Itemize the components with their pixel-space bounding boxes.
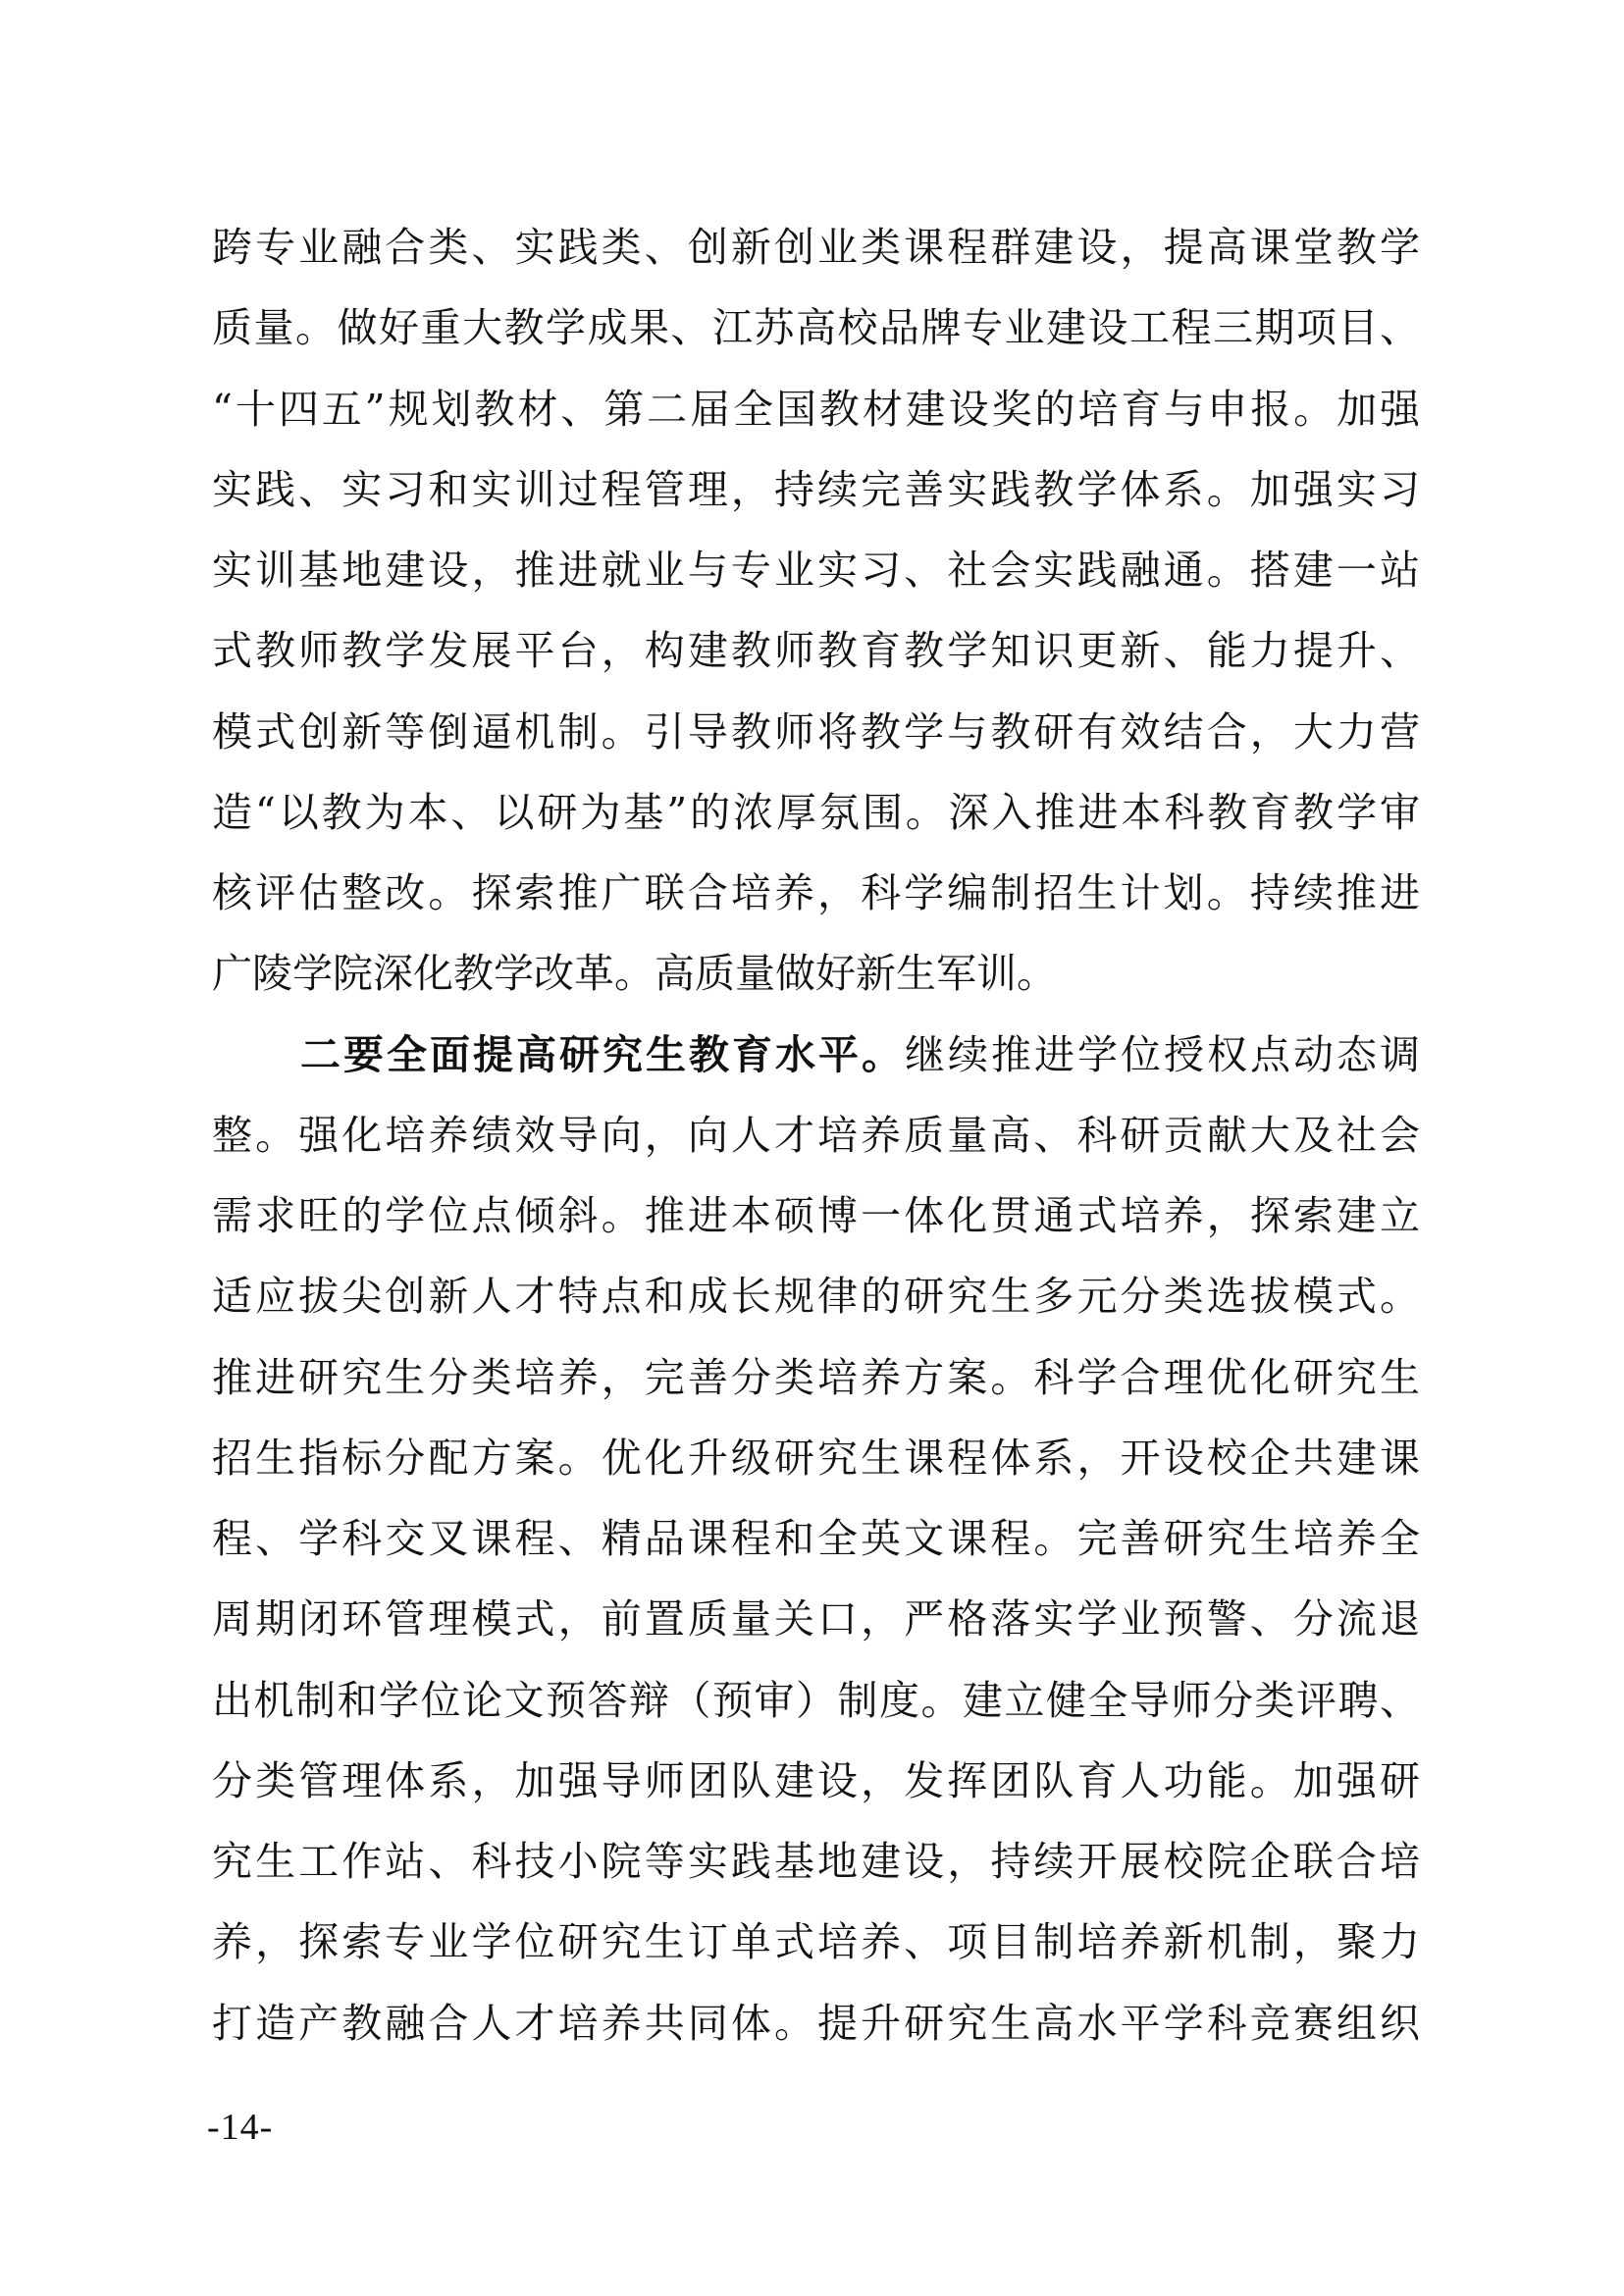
page-number: -14- (207, 2106, 273, 2149)
paragraph-lead-heading: 二要全面提高研究生教育水平。 (300, 1031, 905, 1078)
paragraph-graduate-education: 二要全面提高研究生教育水平。继续推进学位授权点动态调 整。强化培养绩效导向，向人… (212, 1015, 1420, 2063)
text-line: 究生工作站、科技小院等实践基地建设，持续开展校院企联合培 (212, 1821, 1420, 1902)
text-line: 分类管理体系，加强导师团队建设，发挥团队育人功能。加强研 (212, 1741, 1420, 1821)
body-text: 跨专业融合类、实践类、创新创业类课程群建设，提高课堂教学 质量。做好重大教学成果… (212, 207, 1420, 2063)
paragraph-undergraduate-teaching: 跨专业融合类、实践类、创新创业类课程群建设，提高课堂教学 质量。做好重大教学成果… (212, 207, 1420, 1015)
text-line: 打造产教融合人才培养共同体。提升研究生高水平学科竞赛组织 (212, 1983, 1420, 2063)
text-line: 造“以教为本、以研为基”的浓厚氛围。深入推进本科教育教学审 (212, 772, 1420, 853)
text-line: “十四五”规划教材、第二届全国教材建设奖的培育与申报。加强 (212, 369, 1420, 449)
text-line: 适应拔尖创新人才特点和成长规律的研究生多元分类选拔模式。 (212, 1256, 1420, 1336)
text-line: 实训基地建设，推进就业与专业实习、社会实践融通。搭建一站 (212, 530, 1420, 610)
text-line: 推进研究生分类培养，完善分类培养方案。科学合理优化研究生 (212, 1337, 1420, 1418)
text-line: 周期闭环管理模式，前置质量关口，严格落实学业预警、分流退 (212, 1579, 1420, 1659)
text-line-rest: 继续推进学位授权点动态调 (905, 1031, 1420, 1078)
text-line-first: 二要全面提高研究生教育水平。继续推进学位授权点动态调 (212, 1015, 1420, 1095)
text-line: 出机制和学位论文预答辩（预审）制度。建立健全导师分类评聘、 (212, 1660, 1420, 1741)
text-line: 式教师教学发展平台，构建教师教育教学知识更新、能力提升、 (212, 610, 1420, 691)
text-line: 模式创新等倒逼机制。引导教师将教学与教研有效结合，大力营 (212, 692, 1420, 772)
text-line: 需求旺的学位点倾斜。推进本硕博一体化贯通式培养，探索建立 (212, 1175, 1420, 1256)
text-line: 质量。做好重大教学成果、江苏高校品牌专业建设工程三期项目、 (212, 287, 1420, 368)
text-line: 养，探索专业学位研究生订单式培养、项目制培养新机制，聚力 (212, 1902, 1420, 1982)
document-page: 跨专业融合类、实践类、创新创业类课程群建设，提高课堂教学 质量。做好重大教学成果… (0, 0, 1624, 2296)
text-line: 实践、实习和实训过程管理，持续完善实践教学体系。加强实习 (212, 449, 1420, 530)
text-line: 核评估整改。探索推广联合培养，科学编制招生计划。持续推进 (212, 853, 1420, 933)
text-line: 跨专业融合类、实践类、创新创业类课程群建设，提高课堂教学 (212, 207, 1420, 287)
text-line: 程、学科交叉课程、精品课程和全英文课程。完善研究生培养全 (212, 1498, 1420, 1579)
text-line: 广陵学院深化教学改革。高质量做好新生军训。 (212, 933, 1420, 1014)
text-line: 整。强化培养绩效导向，向人才培养质量高、科研贡献大及社会 (212, 1095, 1420, 1175)
text-line: 招生指标分配方案。优化升级研究生课程体系，开设校企共建课 (212, 1418, 1420, 1498)
